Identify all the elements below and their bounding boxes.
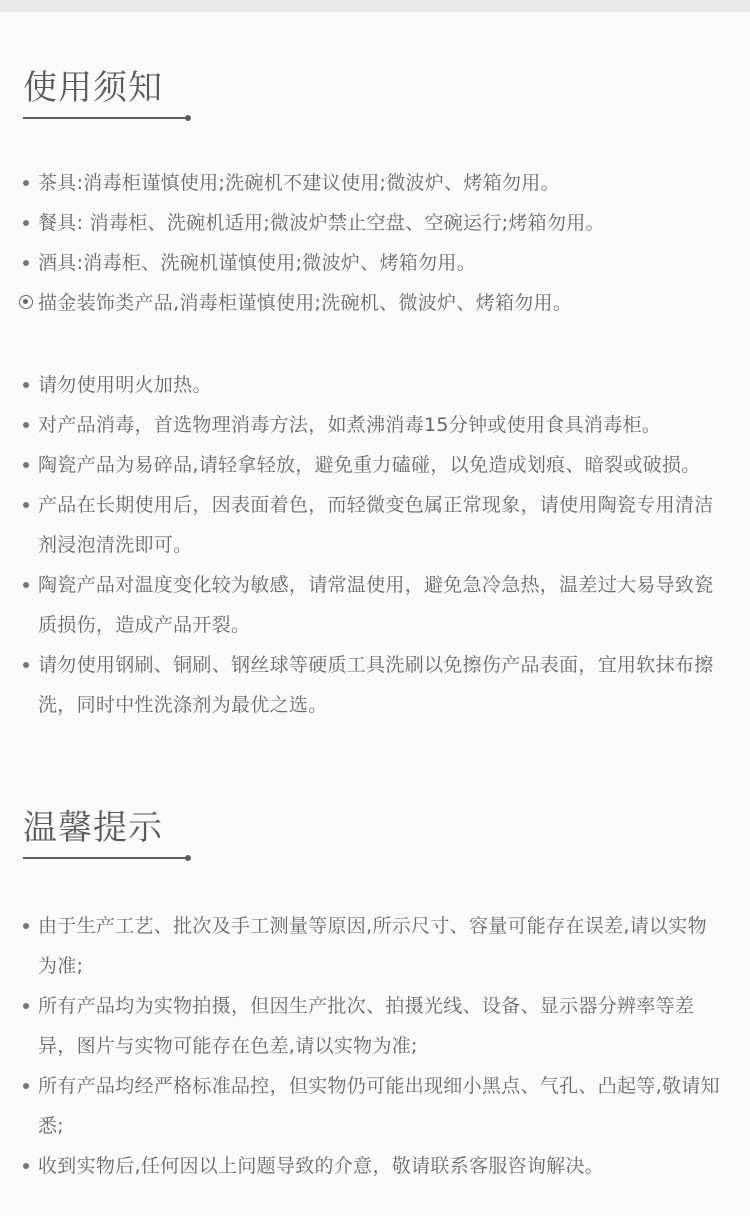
- list-item: 陶瓷产品为易碎品,请轻拿轻放，避免重力磕碰，以免造成划痕、暗裂或破损。: [0, 445, 750, 485]
- bullet-dot-icon: [23, 662, 29, 668]
- bullet-dot-icon: [23, 422, 29, 428]
- underline-dot-icon: [185, 115, 191, 121]
- top-divider-bar: [0, 0, 750, 12]
- bullet-dot-icon: [23, 220, 29, 226]
- bullet-dot-icon: [23, 582, 29, 588]
- list-item: 陶瓷产品对温度变化较为敏感，请常温使用，避免急冷急热，温差过大易导致瓷质损伤，造…: [0, 565, 750, 645]
- tips-list: 由于生产工艺、批次及手工测量等原因,所示尺寸、容量可能存在误差,请以实物为准; …: [0, 906, 750, 1186]
- list-item: 描金装饰类产品,消毒柜谨慎使用;洗碗机、微波炉、烤箱勿用。: [0, 283, 750, 323]
- title-underline: [23, 117, 187, 119]
- list-item: 酒具:消毒柜、洗碗机谨慎使用;微波炉、烤箱勿用。: [0, 243, 750, 283]
- bullet-dot-icon: [23, 382, 29, 388]
- list-item: 收到实物后,任何因以上问题导致的介意，敬请联系客服咨询解决。: [0, 1146, 750, 1186]
- list-item: 茶具:消毒柜谨慎使用;洗碗机不建议使用;微波炉、烤箱勿用。: [0, 163, 750, 203]
- list-item: 产品在长期使用后，因表面着色，而轻微变色属正常现象，请使用陶瓷专用清洁剂浸泡清洗…: [0, 485, 750, 565]
- usage-list-care: 请勿使用明火加热。 对产品消毒，首选物理消毒方法，如煮沸消毒15分钟或使用食具消…: [0, 365, 750, 725]
- bullet-dot-icon: [23, 1003, 29, 1009]
- bullet-dot-icon: [23, 502, 29, 508]
- bullet-dot-icon: [23, 180, 29, 186]
- list-item: 请勿使用明火加热。: [0, 365, 750, 405]
- section-title-usage: 使用须知: [23, 68, 163, 108]
- underline-dot-icon: [185, 855, 191, 861]
- list-item: 所有产品均为实物拍摄，但因生产批次、拍摄光线、设备、显示器分辨率等差异，图片与实…: [0, 986, 750, 1066]
- list-item: 对产品消毒，首选物理消毒方法，如煮沸消毒15分钟或使用食具消毒柜。: [0, 405, 750, 445]
- bullet-dot-icon: [23, 1163, 29, 1169]
- bullet-dot-icon: [23, 1083, 29, 1089]
- bullet-dot-icon: [23, 923, 29, 929]
- list-item: 请勿使用钢刷、铜刷、钢丝球等硬质工具洗刷以免擦伤产品表面，宜用软抹布擦洗，同时中…: [0, 645, 750, 725]
- list-item: 由于生产工艺、批次及手工测量等原因,所示尺寸、容量可能存在误差,请以实物为准;: [0, 906, 750, 986]
- list-item: 所有产品均经严格标准品控，但实物仍可能出现细小黑点、气孔、凸起等,敬请知悉;: [0, 1066, 750, 1146]
- section-title-tips: 温馨提示: [23, 808, 163, 848]
- list-item: 餐具: 消毒柜、洗碗机适用;微波炉禁止空盘、空碗运行;烤箱勿用。: [0, 203, 750, 243]
- title-underline: [23, 857, 187, 859]
- bullet-dot-icon: [23, 462, 29, 468]
- usage-list-appliances: 茶具:消毒柜谨慎使用;洗碗机不建议使用;微波炉、烤箱勿用。 餐具: 消毒柜、洗碗…: [0, 163, 750, 323]
- bullet-dot-icon: [23, 260, 29, 266]
- bullet-circle-dot-icon: [19, 295, 33, 309]
